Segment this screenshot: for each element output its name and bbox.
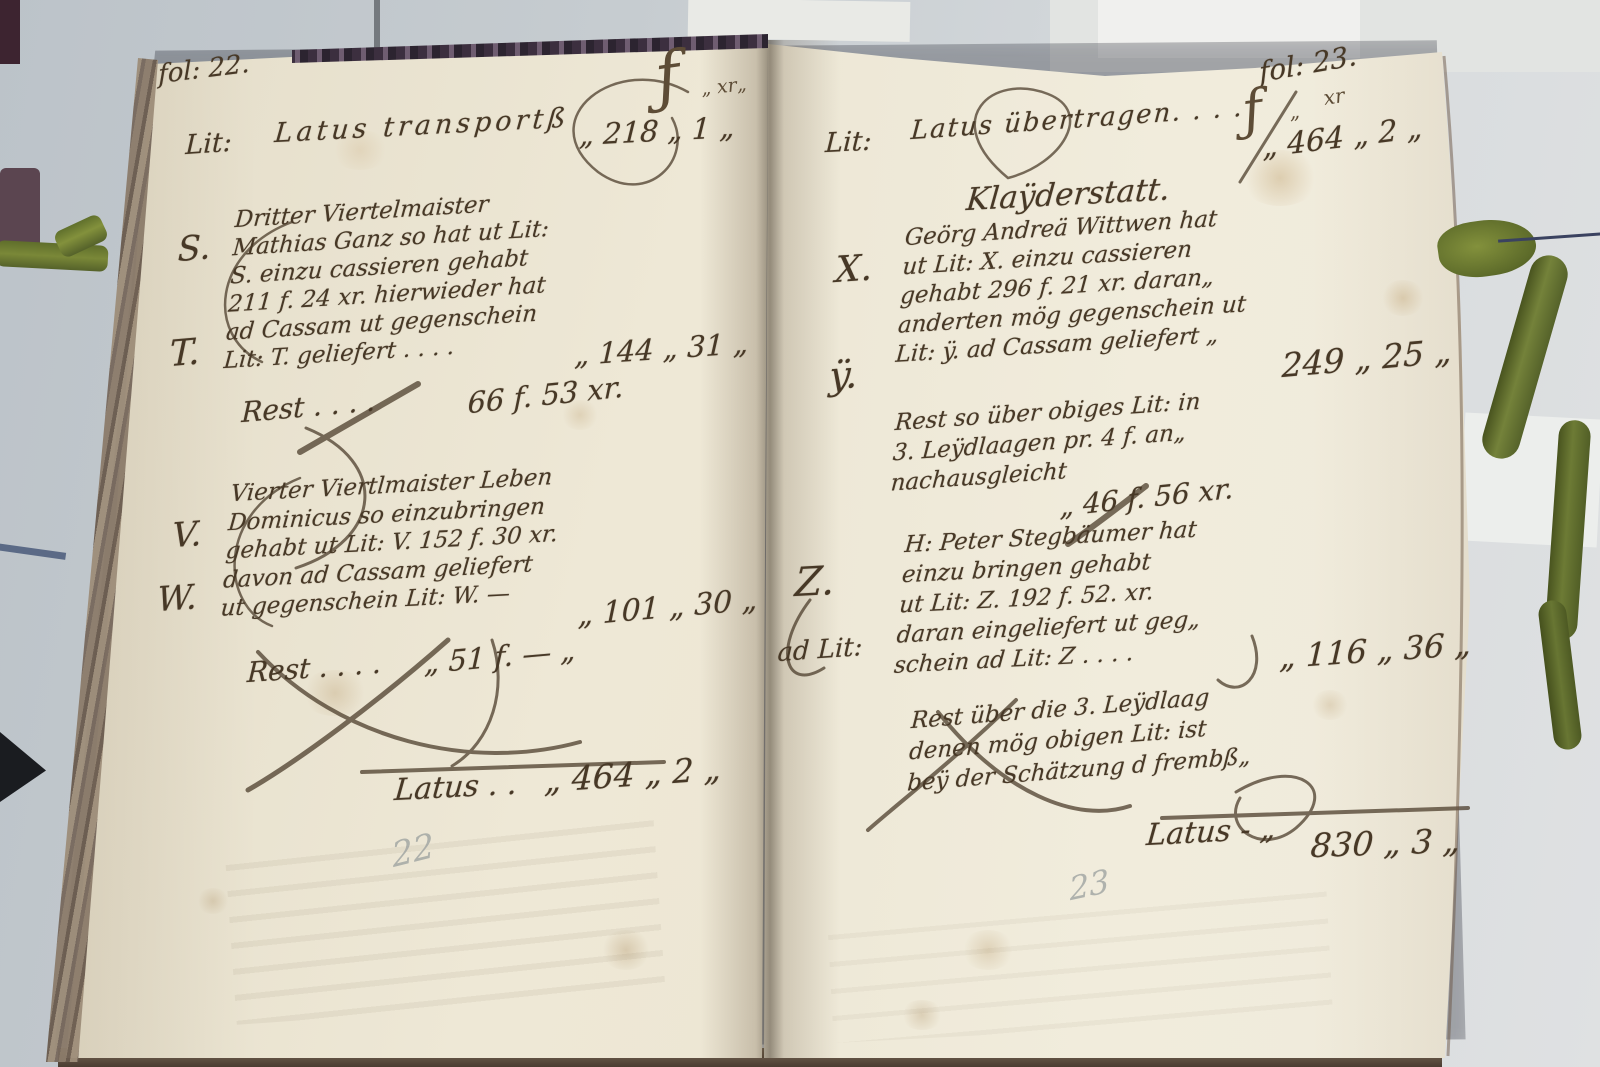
margin-letter: X. <box>835 247 873 291</box>
latus-amount: 830 „ 3 „ <box>1309 821 1461 865</box>
currency-kreuzer-label: xr <box>1322 83 1346 110</box>
margin-letter: Z. <box>794 558 836 606</box>
latus-label: Latus - „ <box>1145 811 1277 853</box>
lit-label: Lit: <box>824 126 872 160</box>
margin-letter: T. <box>169 331 200 375</box>
margin-letter: S. <box>177 227 210 270</box>
latus-label: Latus . . <box>393 767 519 809</box>
entry-paragraph: Vierter Viertlmaister Leben Dominicus so… <box>219 463 564 624</box>
margin-letter: W. <box>157 577 198 620</box>
margin-letter: ÿ. <box>828 352 858 398</box>
entry-paragraph: Dritter Viertelmaister Mathias Ganz so h… <box>223 187 554 376</box>
lit-label: Lit: <box>185 127 232 161</box>
entry-paragraph: Geörg Andreä Wittwen hat ut Lit: X. einz… <box>895 203 1254 370</box>
photo-of-open-ledger: fol: 22. ƒ „ xr„ Lit: Latus transportß „… <box>0 0 1600 1067</box>
margin-letter: ad Lit: <box>777 632 863 668</box>
margin-letter: V. <box>172 514 203 556</box>
entry-paragraph: H: Peter Stegbäumer hat einzu bringen ge… <box>893 514 1210 681</box>
